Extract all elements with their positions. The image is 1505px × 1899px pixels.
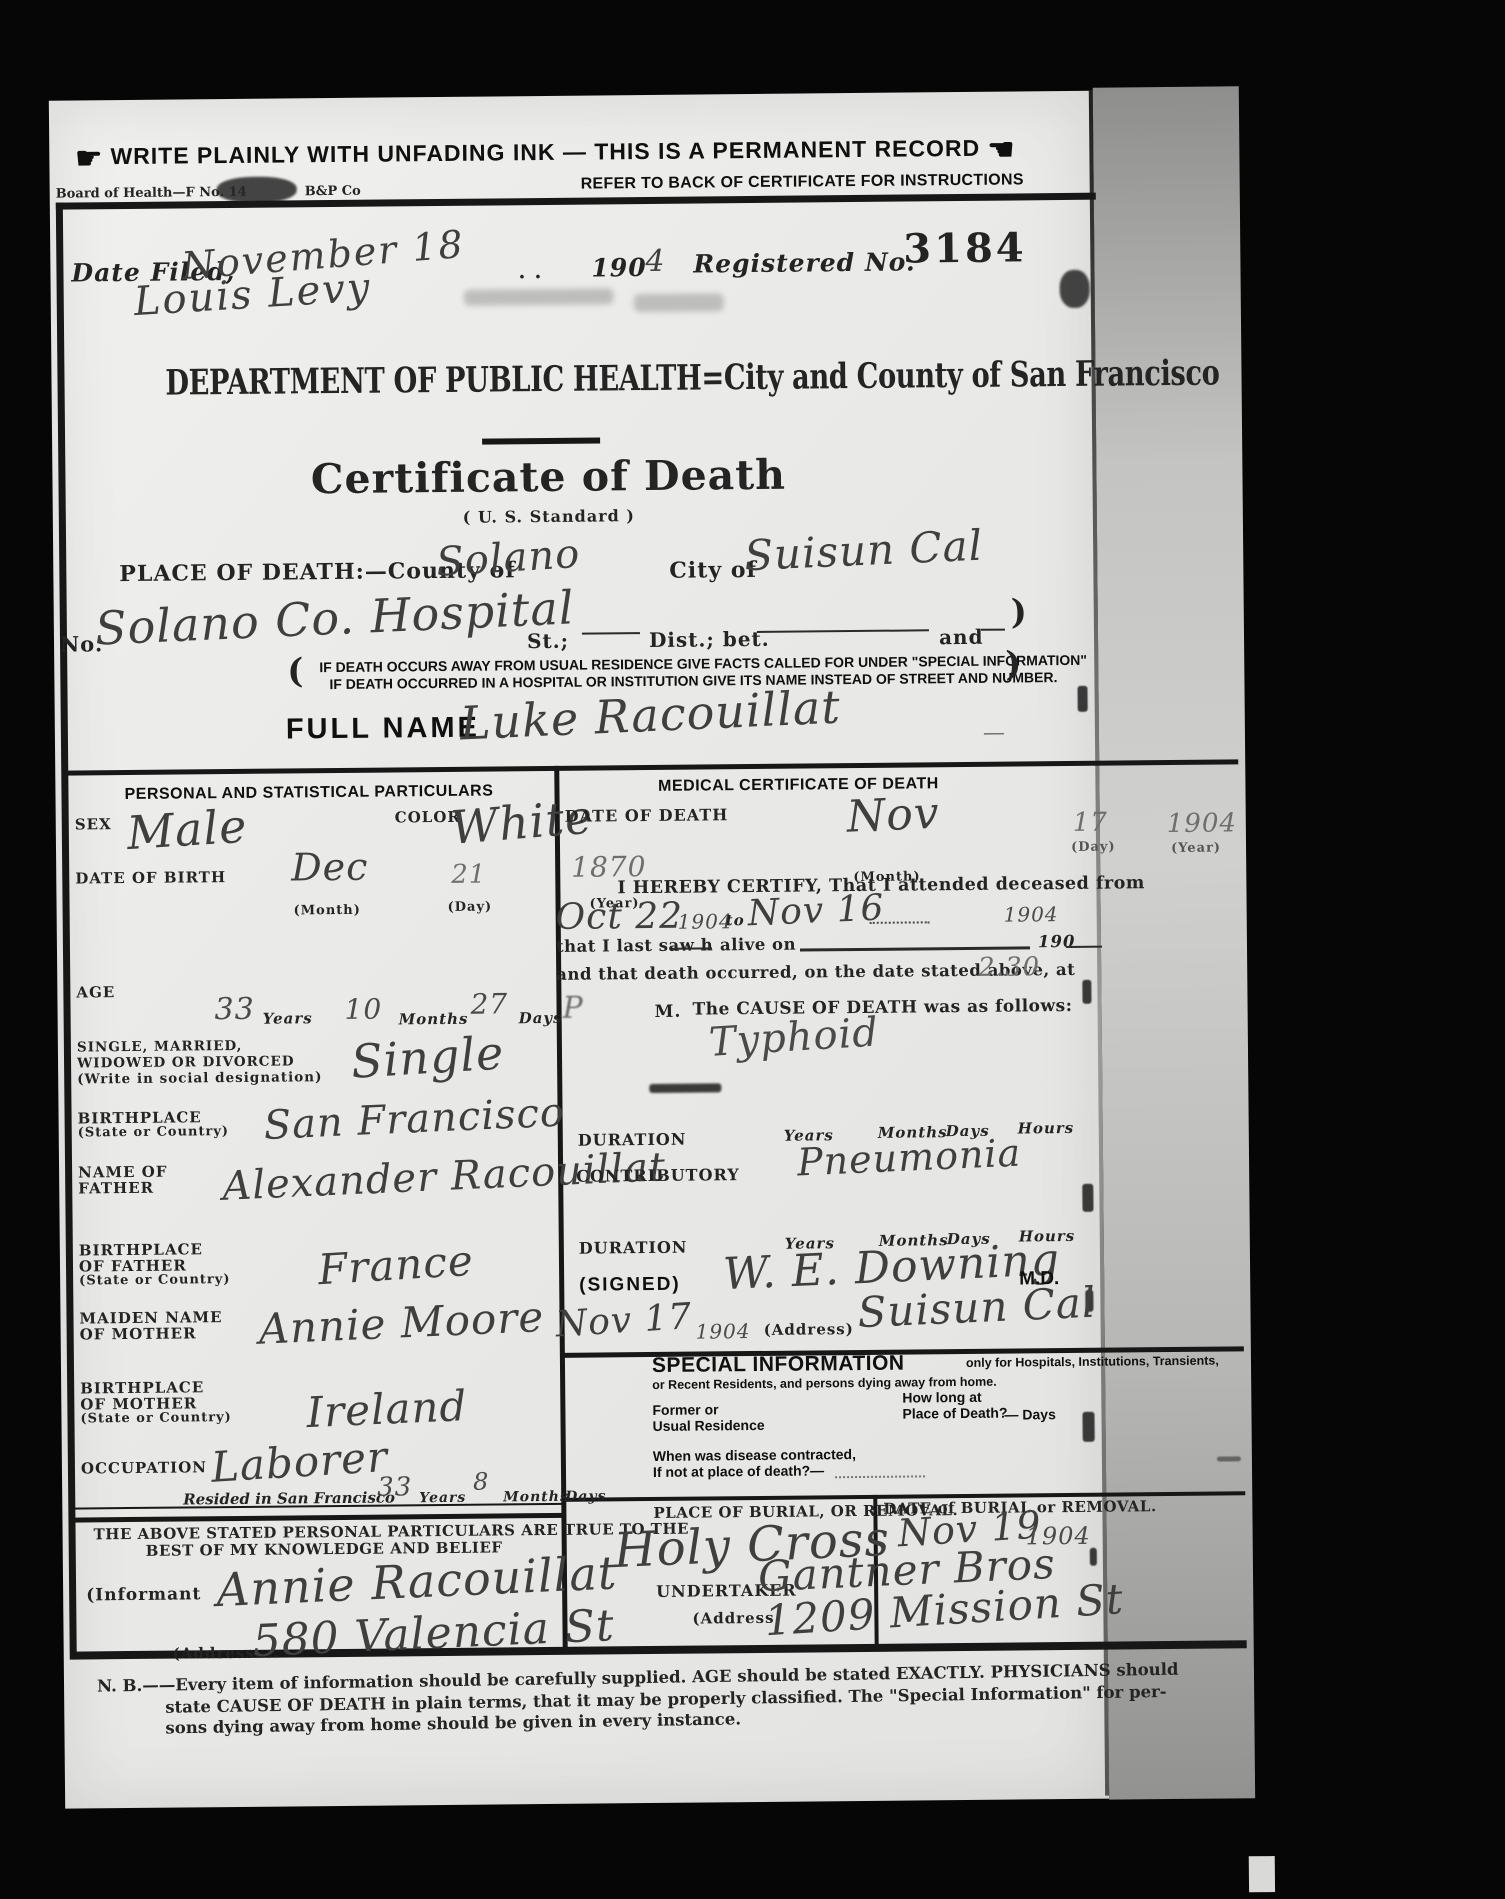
signed-label: (SIGNED) [579,1274,681,1297]
scanned-death-certificate: ☛ WRITE PLAINLY WITH UNFADING INK — THIS… [0,0,1505,1899]
attended-from-year: 1904 [678,909,733,934]
former-residence-label-1: Former or [652,1401,718,1418]
binding-mark [1077,686,1087,712]
note-paren-open: ( [287,651,304,691]
dod-year-sublabel: (Year) [1171,841,1221,856]
dob-day-value: 21 [451,860,486,890]
dod-year-value: 1904 [1167,808,1237,839]
dod-day-value: 17 [1073,808,1108,838]
mother-bp-value: Ireland [305,1381,468,1437]
months-word: Months [399,1010,469,1029]
resided-months-word: Months [503,1489,569,1506]
dod-month-value: Nov [846,788,941,843]
and-label: and [939,625,984,649]
page-corner-notch [1249,1856,1275,1892]
alive-on-label: alive on [720,935,796,955]
age-days-value: 27 [470,987,508,1020]
stamp-blot [217,176,297,203]
meridiem-label: M. [654,1002,681,1022]
cause-of-death-label: The CAUSE OF DEATH was as follows: [692,996,1072,1020]
how-long-label-2: Place of Death? [902,1405,1007,1422]
year-printed: 190 [591,253,646,283]
banner-text: WRITE PLAINLY WITH UNFADING INK — THIS I… [110,135,980,169]
registered-no-label: Registered No. [693,247,916,278]
faint-mark [1217,1456,1241,1461]
pointing-hand-right-icon: ☛ [75,142,103,175]
duration1-hours: Hours [1018,1119,1075,1138]
binding-mark [1082,1184,1093,1212]
days-word: Days [519,1009,563,1027]
disease-contracted-label-1: When was disease contracted, [653,1446,856,1464]
dob-month-sublabel: (Month) [294,903,361,919]
age-label: AGE [76,983,115,1001]
marital-label-1: SINGLE, MARRIED, [77,1038,243,1056]
informant-label: (Informant [86,1584,201,1605]
dod-day-sublabel: (Day) [1071,840,1116,855]
scan-rotation-group: ☛ WRITE PLAINLY WITH UNFADING INK — THIS… [0,0,1505,1899]
former-residence-label-2: Usual Residence [652,1417,764,1434]
how-long-label-1: How long at [902,1389,981,1406]
special-info-title: SPECIAL INFORMATION [652,1352,905,1378]
last-saw-statement: that I last saw h [556,935,713,956]
duration-label-1: DURATION [578,1130,687,1150]
printer-mark: B&P Co [305,184,361,200]
resided-years-value: 33 [377,1472,412,1502]
contributory-label: CONTRIBUTORY [576,1165,740,1186]
binding-mark [1082,980,1091,1004]
resided-label: Resided in San Francisco [183,1488,395,1508]
signed-address-label: (Address) [764,1320,854,1339]
attended-from-value: Oct 22 [555,896,683,938]
blank-line [1066,946,1102,948]
resided-years-word: Years [419,1490,466,1506]
marital-label-3: (Write in social designation) [77,1069,322,1087]
registered-no-value: 3184 [903,224,1027,272]
birthplace-sublabel: (State or Country) [78,1124,229,1140]
year-handwritten: 4 [645,244,665,279]
signed-year-value: 1904 [696,1319,751,1344]
full-name-label: FULL NAME [286,712,480,747]
stray-pen-mark: — [983,721,1006,746]
time-of-death-value: 2.30 [978,952,1040,983]
mother-bp-sublabel: (State or Country) [80,1410,231,1426]
to-word: to [726,911,745,929]
pen-smudge [649,1083,721,1093]
resided-months-value: 8 [473,1468,490,1496]
sex-label: SEX [75,815,112,833]
faded-stamp [634,293,724,312]
ink-blot [1059,270,1089,308]
attended-to-value: Nov 16 [747,887,885,934]
sex-value: Male [125,799,249,860]
last-saw-year-stub: 190 [1038,932,1076,951]
date-filed-dots: . . [518,259,542,283]
undertaker-address-label: (Address [692,1609,774,1628]
attended-to-year: 1904 [1004,902,1059,927]
father-bp-sublabel: (State or Country) [79,1272,230,1288]
dod-label: DATE OF DEATH [565,805,729,826]
age-months-value: 10 [344,993,382,1026]
years-word: Years [263,1009,313,1027]
disease-contracted-label-2: If not at place of death?— [653,1462,824,1480]
dob-day-sublabel: (Day) [448,900,493,915]
occupation-label: OCCUPATION [81,1458,207,1477]
certificate-title: Certificate of Death [58,448,1038,505]
duration-label-2: DURATION [579,1238,688,1258]
days-blank-label: — Days [1004,1406,1056,1422]
resided-days-word: Days [565,1488,606,1504]
title-divider [482,437,600,444]
note-paren-close: ) [1005,644,1022,684]
faded-stamp [464,288,614,305]
marital-value: Single [349,1025,505,1088]
department-title: DEPARTMENT OF PUBLIC HEALTH=City and Cou… [165,355,930,403]
st-label: St.; [527,629,569,653]
father-label-2: FATHER [78,1179,154,1198]
blank-line [981,629,1005,631]
dist-label: Dist.; bet. [649,627,770,652]
dob-label: DATE OF BIRTH [75,868,226,887]
signed-date-value: Nov 17 [554,1296,693,1345]
binding-mark [1090,1548,1097,1566]
next-page-edge [1093,86,1255,1799]
meridiem-value: P [562,991,584,1026]
binding-mark [1082,1412,1094,1442]
blank-line [672,947,712,949]
special-info-subtitle-1: only for Hospitals, Institutions, Transi… [966,1354,1219,1370]
paren-close-row: ) [1011,592,1028,632]
county-value: Solano [435,531,582,586]
age-years-value: 33 [214,992,255,1027]
pointing-hand-left-icon: ☚ [987,133,1015,166]
dob-month-value: Dec [291,845,369,890]
mother-label-2: OF MOTHER [80,1324,197,1343]
father-bp-value: France [317,1236,475,1295]
